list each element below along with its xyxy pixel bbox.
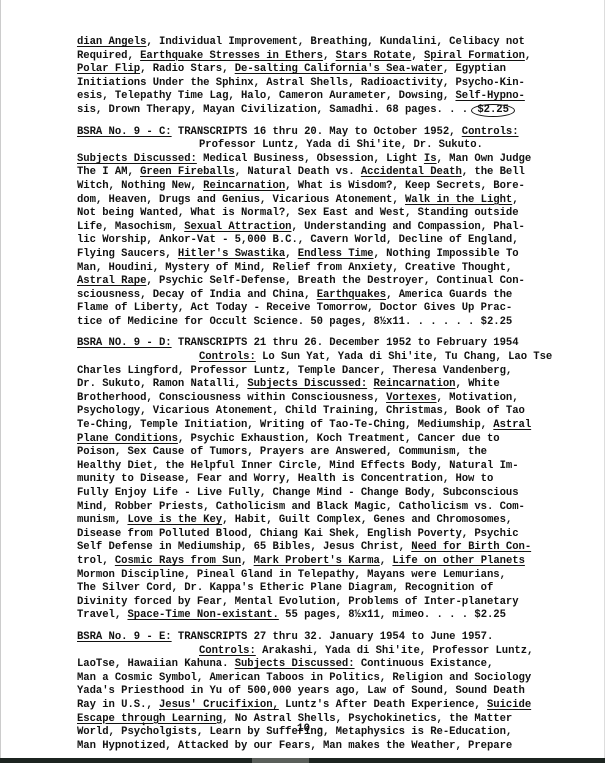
text-run: Life, Masochism,: [77, 221, 184, 233]
text-run: Dr. Sukuto, Ramon Natalli,: [77, 378, 247, 390]
text-run: , Nothing Impossible To: [373, 248, 518, 260]
intro-line: Initiations Under the Sphinx, Astral She…: [77, 77, 605, 91]
entry-line: Ray in U.S., Jesus' Crucifixion, Luntz's…: [77, 699, 605, 713]
text-run: Man a Cosmic Symbol, American Taboos in …: [77, 672, 531, 684]
text-run: ,: [323, 50, 336, 62]
text-run: Travel,: [77, 609, 127, 621]
entry-line: Brotherhood, Consciousness within Consci…: [77, 392, 605, 406]
entry-line: Flame of Liberty, Act Today - Receive To…: [77, 302, 605, 316]
text-run: Poison, Sex Cause of Tumors, Prayers are…: [77, 446, 487, 458]
text-run: Flame of Liberty, Act Today - Receive To…: [77, 302, 512, 314]
text-run: sis, Drown Therapy, Mayan Civilization, …: [77, 104, 474, 116]
entry-line: Poison, Sex Cause of Tumors, Prayers are…: [77, 446, 605, 460]
entry-heading: BSRA No. 9 - C: TRANSCRIPTS 16 thru 20. …: [77, 126, 605, 140]
underlined-topic: Endless Time: [298, 248, 374, 260]
text-run: Divinity forced by Fear, Mental Evolutio…: [77, 596, 519, 608]
entry-line: Plane Conditions, Psychic Exhaustion, Ko…: [77, 433, 605, 447]
text-run: ,: [241, 555, 254, 567]
entry-line: Man, Houdini, Mystery of Mind, Relief fr…: [77, 262, 605, 276]
intro-line: Polar Flip, Radio Stars, De-salting Cali…: [77, 63, 605, 77]
underlined-topic: Life on other Planets: [392, 555, 524, 567]
entry-line: tice of Medicine for Occult Science. 50 …: [77, 316, 605, 330]
text-run: Fully Enjoy Life - Live Fully, Change Mi…: [77, 487, 519, 499]
text-run: Self Defense in Mediumship, 65 Bibles, J…: [77, 541, 411, 553]
entry-line: Witch, Nothing New, Reincarnation, What …: [77, 180, 605, 194]
text-run: ,: [411, 50, 424, 62]
underlined-topic: Jesus' Crucifixion,: [159, 699, 279, 711]
text-run: The Silver Cord, Dr. Kappa's Etheric Pla…: [77, 582, 493, 594]
underlined-topic: Subjects Discussed:: [235, 658, 355, 670]
underlined-topic: Astral Rape: [77, 275, 146, 287]
text-run: Mormon Discipline, Pineal Gland in Telep…: [77, 569, 506, 581]
underlined-topic: Space-Time Non-existant.: [127, 609, 278, 621]
page-number: - 10 -: [1, 723, 605, 735]
text-run: 55 pages, 8½x11, mimeo. . . . $2.25: [279, 609, 506, 621]
entry-line: Psychology, Vicarious Atonement, Child T…: [77, 405, 605, 419]
scrollbar-thumb[interactable]: [252, 758, 309, 763]
entry-line: lic Worship, Ankor-Vat - 5,000 B.C., Cav…: [77, 234, 605, 248]
text-run: , Habit, Guilt Complex, Genes and Chromo…: [222, 514, 512, 526]
text-run: Man, Houdini, Mystery of Mind, Relief fr…: [77, 262, 512, 274]
underlined-topic: Walk in the Light: [405, 194, 512, 206]
underlined-topic: Subjects Discussed:: [247, 378, 367, 390]
entry-line: The I AM, Green Fireballs, Natural Death…: [77, 166, 605, 180]
entry-line: Professor Luntz, Yada di Shi'ite, Dr. Su…: [77, 139, 605, 153]
text-run: Professor Luntz, Yada di Shi'ite, Dr. Su…: [199, 139, 483, 151]
text-run: ,: [525, 50, 531, 62]
underlined-topic: Mark Probert's Karma: [254, 555, 380, 567]
underlined-topic: Earthquake Stresses in Ethers: [140, 50, 323, 62]
text-run: Charles Lingford, Professor Luntz, Templ…: [77, 365, 512, 377]
text-run: Disease from Polluted Blood, Chiang Kai …: [77, 528, 519, 540]
text-run: Continuous Existance,: [355, 658, 494, 670]
text-run: , Individual Improvement, Breathing, Kun…: [146, 36, 524, 48]
text-run: , Radio Stars,: [140, 63, 235, 75]
entry-line: Subjects Discussed: Medical Business, Ob…: [77, 153, 605, 167]
entry-line: Self Defense in Mediumship, 65 Bibles, J…: [77, 541, 605, 555]
text-run: Te-Ching, Temple Initiation, Writing of …: [77, 419, 493, 431]
entry-line: Mormon Discipline, Pineal Gland in Telep…: [77, 569, 605, 583]
text-run: , Egyptian: [443, 63, 506, 75]
underlined-topic: Subjects Discussed:: [77, 153, 197, 165]
underlined-topic: Love is the Key: [127, 514, 222, 526]
text-run: Medical Business, Obsession, Light: [197, 153, 424, 165]
underlined-topic: Controls:: [199, 351, 256, 363]
entry-line: Mind, Robber Priests, Catholicism and Bl…: [77, 501, 605, 515]
text-run: Witch, Nothing New,: [77, 180, 203, 192]
intro-line: dian Angels, Individual Improvement, Bre…: [77, 36, 605, 50]
underlined-topic: Green Fireballs: [140, 166, 235, 178]
underlined-topic: Cosmic Rays from Sun: [115, 555, 241, 567]
intro-line: sis, Drown Therapy, Mayan Civilization, …: [77, 104, 605, 118]
entry-line: Controls: Arakashi, Yada di Shi'ite, Pro…: [77, 645, 605, 659]
underlined-topic: De-salting California's Sea-water: [235, 63, 443, 75]
underlined-topic: Need for Birth Con-: [411, 541, 531, 553]
entry-title: TRANSCRIPTS 21 thru 26. December 1952 to…: [172, 337, 519, 349]
entry-heading: BSRA NO. 9 - D: TRANSCRIPTS 21 thru 26. …: [77, 337, 605, 351]
text-run: , America Guards the: [386, 289, 512, 301]
text-run: munity to Disease, Fear and Worry, Healt…: [77, 473, 493, 485]
text-run: munism,: [77, 514, 127, 526]
text-run: tice of Medicine for Occult Science. 50 …: [77, 316, 512, 328]
text-run: sciousness, Decay of India and China,: [77, 289, 317, 301]
catalog-text: dian Angels, Individual Improvement, Bre…: [77, 36, 605, 753]
entry-line: Astral Rape, Psychic Self-Defense, Breat…: [77, 275, 605, 289]
text-run: Required,: [77, 50, 140, 62]
entry-line: Man Hypnotized, Attacked by our Fears, M…: [77, 740, 605, 754]
text-run: Ray in U.S.,: [77, 699, 159, 711]
entry-line: munity to Disease, Fear and Worry, Healt…: [77, 473, 605, 487]
text-run: ,: [380, 555, 393, 567]
circled-price: $2.25: [471, 104, 515, 117]
entry-line: Healthy Diet, the Helpful Inner Circle, …: [77, 460, 605, 474]
entry-line: Te-Ching, Temple Initiation, Writing of …: [77, 419, 605, 433]
text-run: ,: [285, 248, 298, 260]
underlined-topic: Suicide: [487, 699, 531, 711]
underlined-topic: Reincarnation: [373, 378, 455, 390]
text-run: dom, Heaven, Drugs and Genius, Vicarious…: [77, 194, 405, 206]
entry-line: LaoTse, Hawaiian Kahuna. Subjects Discus…: [77, 658, 605, 672]
underlined-topic: Stars Rotate: [336, 50, 412, 62]
text-run: ,: [512, 194, 518, 206]
entry-heading: BSRA No. 9 - E: TRANSCRIPTS 27 thru 32. …: [77, 631, 605, 645]
entry-line: Travel, Space-Time Non-existant. 55 page…: [77, 609, 605, 623]
entry-line: Divinity forced by Fear, Mental Evolutio…: [77, 596, 605, 610]
text-run: Initiations Under the Sphinx, Astral She…: [77, 77, 525, 89]
text-run: Brotherhood, Consciousness within Consci…: [77, 392, 386, 404]
intro-line: esis, Telepathy Time Lag, Halo, Cameron …: [77, 90, 605, 104]
entry-line: Disease from Polluted Blood, Chiang Kai …: [77, 528, 605, 542]
text-run: trol,: [77, 555, 115, 567]
entry-code: BSRA NO. 9 - D:: [77, 337, 172, 349]
text-run: , Natural Death vs.: [235, 166, 361, 178]
underlined-topic: Astral: [493, 419, 531, 431]
text-run: , Understanding and Compassion, Phal-: [291, 221, 524, 233]
entry-line: Charles Lingford, Professor Luntz, Templ…: [77, 365, 605, 379]
intro-line: Required, Earthquake Stresses in Ethers,…: [77, 50, 605, 64]
underlined-topic: Sexual Attraction: [184, 221, 291, 233]
horizontal-scrollbar[interactable]: [0, 758, 605, 763]
entry-line: Not being Wanted, What is Normal?, Sex E…: [77, 207, 605, 221]
underlined-topic: Hitler's Swastika: [178, 248, 285, 260]
underlined-topic: Vortexes: [386, 392, 436, 404]
entry-title: TRANSCRIPTS 16 thru 20. May to October 1…: [172, 126, 462, 138]
text-run: Healthy Diet, the Helpful Inner Circle, …: [77, 460, 519, 472]
underlined-topic: Earthquakes: [317, 289, 386, 301]
entry-line: Dr. Sukuto, Ramon Natalli, Subjects Disc…: [77, 378, 605, 392]
text-run: The I AM,: [77, 166, 140, 178]
entry-line: trol, Cosmic Rays from Sun, Mark Probert…: [77, 555, 605, 569]
entry-line: Fully Enjoy Life - Live Fully, Change Mi…: [77, 487, 605, 501]
underlined-topic: dian Angels: [77, 36, 146, 48]
text-run: , White: [455, 378, 499, 390]
text-run: Yada's Priesthood in Yu of 500,000 years…: [77, 685, 525, 697]
text-run: , Motivation,: [437, 392, 519, 404]
entry-code: BSRA No. 9 - C:: [77, 126, 172, 138]
underlined-topic: Is: [424, 153, 437, 165]
text-run: esis, Telepathy Time Lag, Halo, Cameron …: [77, 90, 455, 102]
document-page: dian Angels, Individual Improvement, Bre…: [0, 0, 605, 758]
text-run: , What is Wisdom?, Keep Secrets, Bore-: [285, 180, 525, 192]
text-run: , the Bell: [462, 166, 525, 178]
entry-line: Life, Masochism, Sexual Attraction, Unde…: [77, 221, 605, 235]
text-run: Lo Sun Yat, Yada di Shi'ite, Tu Chang, L…: [256, 351, 552, 363]
entry-line: Man a Cosmic Symbol, American Taboos in …: [77, 672, 605, 686]
entry-code: BSRA No. 9 - E:: [77, 631, 172, 643]
underlined-topic: Controls:: [199, 645, 256, 657]
text-run: Man Hypnotized, Attacked by our Fears, M…: [77, 740, 512, 752]
text-run: Not being Wanted, What is Normal?, Sex E…: [77, 207, 519, 219]
text-run: Luntz's After Death Experience,: [279, 699, 487, 711]
controls-label: Controls:: [462, 126, 519, 138]
text-run: LaoTse, Hawaiian Kahuna.: [77, 658, 235, 670]
underlined-topic: Polar Flip: [77, 63, 140, 75]
text-run: Psychology, Vicarious Atonement, Child T…: [77, 405, 525, 417]
text-run: lic Worship, Ankor-Vat - 5,000 B.C., Cav…: [77, 234, 519, 246]
underlined-topic: Reincarnation: [203, 180, 285, 192]
text-run: , Psychic Exhaustion, Koch Treatment, Ca…: [178, 433, 500, 445]
underlined-topic: Spiral Formation: [424, 50, 525, 62]
entry-line: Controls: Lo Sun Yat, Yada di Shi'ite, T…: [77, 351, 605, 365]
text-run: Arakashi, Yada di Shi'ite, Professor Lun…: [256, 645, 534, 657]
entry-line: The Silver Cord, Dr. Kappa's Etheric Pla…: [77, 582, 605, 596]
entry-title: TRANSCRIPTS 27 thru 32. January 1954 to …: [172, 631, 494, 643]
text-run: Flying Saucers,: [77, 248, 178, 260]
entry-line: Yada's Priesthood in Yu of 500,000 years…: [77, 685, 605, 699]
text-run: , Psychic Self-Defense, Breath the Destr…: [146, 275, 524, 287]
entry-line: sciousness, Decay of India and China, Ea…: [77, 289, 605, 303]
entry-line: dom, Heaven, Drugs and Genius, Vicarious…: [77, 194, 605, 208]
entry-line: munism, Love is the Key, Habit, Guilt Co…: [77, 514, 605, 528]
text-run: Mind, Robber Priests, Catholicism and Bl…: [77, 501, 525, 513]
entry-line: Flying Saucers, Hitler's Swastika, Endle…: [77, 248, 605, 262]
underlined-topic: Plane Conditions: [77, 433, 178, 445]
underlined-topic: Self-Hypno-: [455, 90, 524, 102]
underlined-topic: Accidental Death: [361, 166, 462, 178]
text-run: , Man Own Judge: [437, 153, 532, 165]
